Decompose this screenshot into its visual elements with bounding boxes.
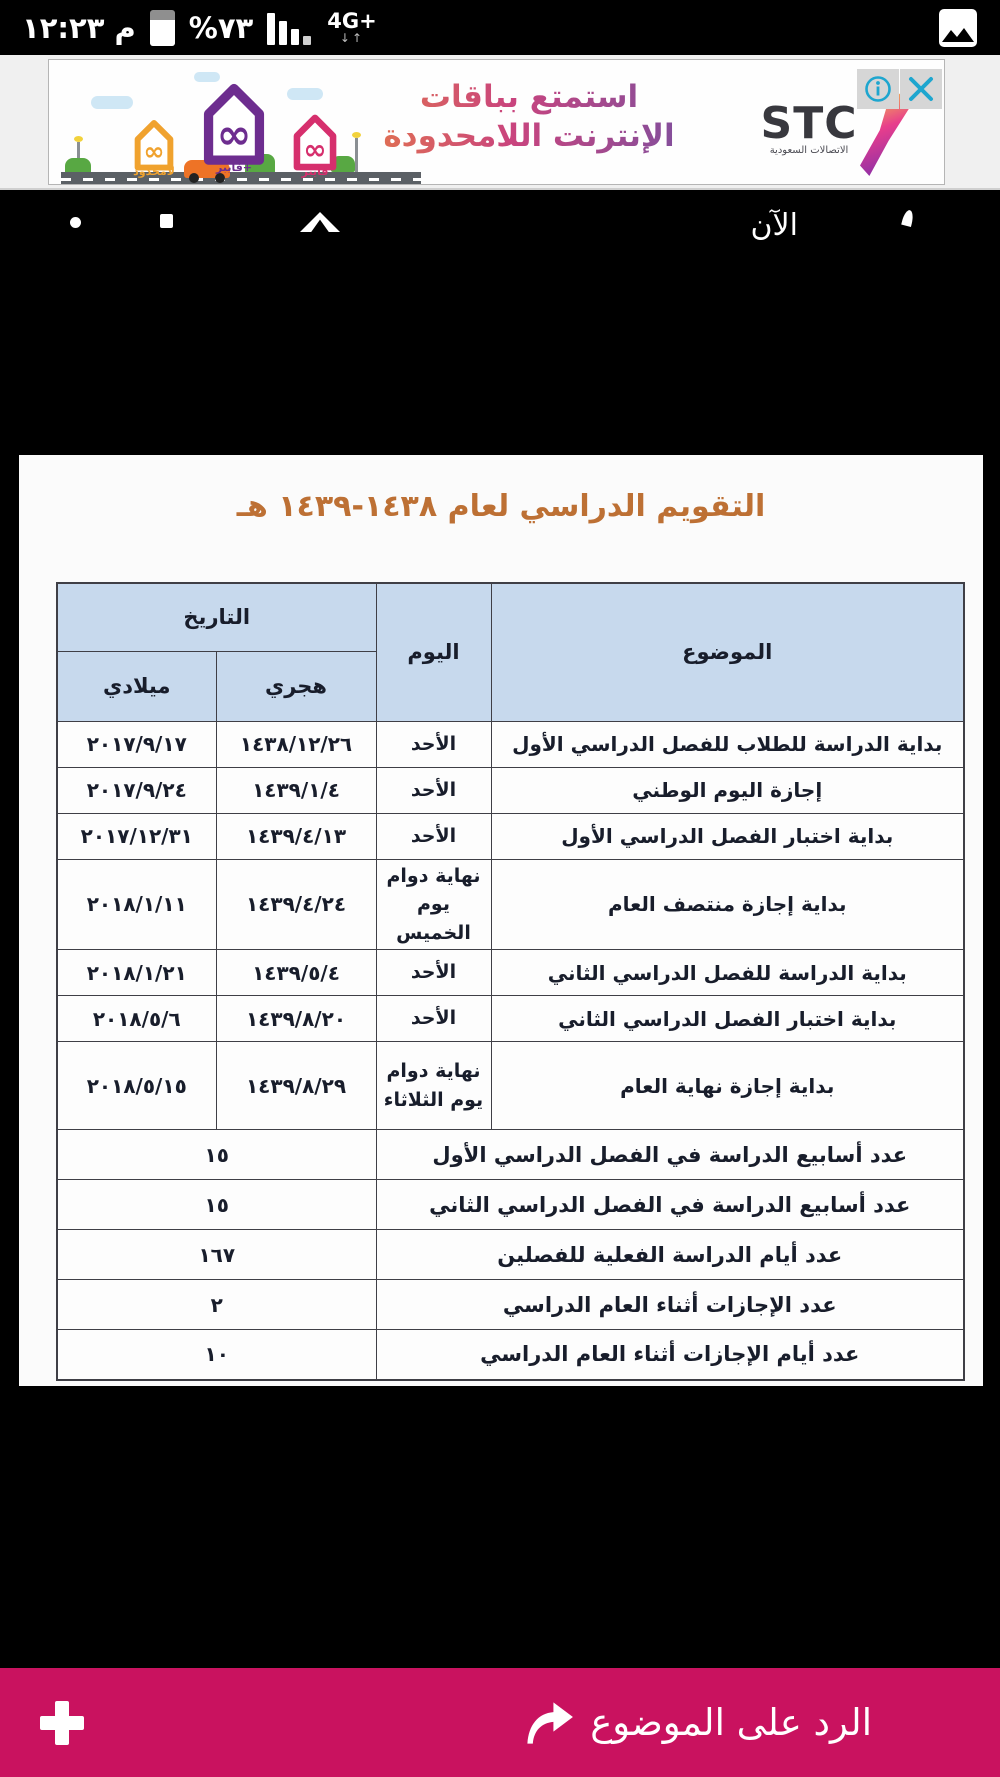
svg-text:∞: ∞ (143, 137, 164, 166)
ad-headline-line1: استمتع بباقات (364, 78, 694, 117)
summary-row: عدد أيام الإجازات أثناء العام الدراسي ١٠ (57, 1330, 964, 1380)
table-row: بداية اختبار الفصل الدراسي الثاني الأحد … (57, 996, 964, 1042)
house-label: لامحدود (133, 165, 175, 178)
summary-value-cell: ١٥ (57, 1130, 376, 1180)
day-cell: الأحد (376, 996, 491, 1042)
svg-text:∞: ∞ (217, 110, 252, 159)
hijri-date-cell: ١٤٣٩/٨/٢٩ (216, 1042, 376, 1130)
stc-logo: STC الاتصالات السعودية (714, 104, 904, 156)
house-label: فايبر (302, 165, 329, 178)
add-button[interactable] (40, 1701, 84, 1745)
summary-value-cell: ٢ (57, 1280, 376, 1330)
day-cell: الأحد (376, 767, 491, 813)
table-row: بداية اختبار الفصل الدراسي الأول الأحد ١… (57, 813, 964, 859)
summary-value-cell: ١٠ (57, 1330, 376, 1380)
screenshot-notification-icon (938, 8, 978, 48)
day-cell: نهاية دوام يوم الثلاثاء (376, 1042, 491, 1130)
hijri-date-cell: ١٤٣٩/٨/٢٠ (216, 996, 376, 1042)
house-orange-icon: ∞ لامحدود (127, 114, 181, 176)
table-row: بداية إجازة منتصف العام نهاية دوام يوم ا… (57, 859, 964, 950)
hijri-date-cell: ١٤٣٨/١٢/٢٦ (216, 721, 376, 767)
gregorian-date-cell: ٢٠١٧/٩/١٧ (57, 721, 216, 767)
gregorian-date-cell: ٢٠١٧/١٢/٣١ (57, 813, 216, 859)
reply-arrow-icon (522, 1701, 574, 1745)
summary-label-cell: عدد أيام الدراسة الفعلية للفصلين (376, 1230, 964, 1280)
status-left-cluster: م ١٢:٢٣ %٧٣ 4G+ ↓↑ (22, 10, 377, 46)
clock-label: م ١٢:٢٣ (22, 11, 136, 45)
data-activity-arrows-icon: ↓↑ (340, 32, 364, 44)
day-cell: الأحد (376, 721, 491, 767)
ad-close-icon[interactable] (900, 69, 942, 109)
summary-label-cell: عدد أسابيع الدراسة في الفصل الدراسي الأو… (376, 1130, 964, 1180)
col-header-subject: الموضوع (491, 583, 964, 721)
house-pink-icon: ∞ فايبر (285, 108, 345, 176)
col-header-hijri: هجري (216, 651, 376, 721)
battery-icon (150, 10, 175, 46)
ad-content-box[interactable]: ∞ لامحدود ∞ فايبر+ ∞ فايبر استم (48, 59, 945, 185)
cloud-icon (287, 88, 323, 100)
col-header-gregorian: ميلادي (57, 651, 216, 721)
day-cell: الأحد (376, 813, 491, 859)
subject-cell: بداية الدراسة للطلاب للفصل الدراسي الأول (491, 721, 964, 767)
reply-to-topic-button[interactable]: الرد على الموضوع (522, 1668, 872, 1777)
calendar-panel: التقويم الدراسي لعام ١٤٣٨-١٤٣٩ هـ الموضو… (19, 455, 983, 1386)
gregorian-date-cell: ٢٠١٨/١/٢١ (57, 950, 216, 996)
cutoff-fragment (901, 209, 915, 227)
table-row: بداية إجازة نهاية العام نهاية دوام يوم ا… (57, 1042, 964, 1130)
hijri-date-cell: ١٤٣٩/٥/٤ (216, 950, 376, 996)
day-cell: الأحد (376, 950, 491, 996)
table-row: بداية الدراسة للفصل الدراسي الثاني الأحد… (57, 950, 964, 996)
table-row: بداية الدراسة للطلاب للفصل الدراسي الأول… (57, 721, 964, 767)
network-type-label: 4G+ ↓↑ (327, 11, 376, 44)
gregorian-date-cell: ٢٠١٨/٥/٦ (57, 996, 216, 1042)
gregorian-date-cell: ٢٠١٧/٩/٢٤ (57, 767, 216, 813)
day-cell: نهاية دوام يوم الخميس (376, 859, 491, 950)
summary-row: عدد الإجازات أثناء العام الدراسي ٢ (57, 1280, 964, 1330)
gregorian-date-cell: ٢٠١٨/١/١١ (57, 859, 216, 950)
summary-row: عدد أسابيع الدراسة في الفصل الدراسي الثا… (57, 1180, 964, 1230)
now-label: الآن (751, 208, 798, 243)
summary-value-cell: ١٦٧ (57, 1230, 376, 1280)
subject-cell: بداية اختبار الفصل الدراسي الأول (491, 813, 964, 859)
house-purple-icon: ∞ فايبر+ (197, 76, 271, 172)
cloud-icon (91, 96, 133, 109)
reply-bar: الرد على الموضوع (0, 1668, 1000, 1777)
ad-headline: استمتع بباقات الإنترنت اللامحدودة (364, 78, 694, 156)
ad-info-icon[interactable] (857, 69, 899, 109)
calendar-title: التقويم الدراسي لعام ١٤٣٨-١٤٣٩ هـ (19, 489, 983, 524)
summary-row: عدد أيام الدراسة الفعلية للفصلين ١٦٧ (57, 1230, 964, 1280)
house-label: فايبر+ (216, 161, 252, 174)
summary-value-cell: ١٥ (57, 1180, 376, 1230)
svg-text:∞: ∞ (303, 133, 326, 166)
subject-cell: إجازة اليوم الوطني (491, 767, 964, 813)
summary-label-cell: عدد الإجازات أثناء العام الدراسي (376, 1280, 964, 1330)
col-header-day: اليوم (376, 583, 491, 721)
subject-cell: بداية اختبار الفصل الدراسي الثاني (491, 996, 964, 1042)
calendar-table: الموضوع اليوم التاريخ هجري ميلادي بداية … (56, 582, 965, 1381)
signal-bars-icon (267, 11, 311, 45)
summary-row: عدد أسابيع الدراسة في الفصل الدراسي الأو… (57, 1130, 964, 1180)
col-header-date-group: التاريخ (57, 583, 376, 651)
table-header-row: الموضوع اليوم التاريخ (57, 583, 964, 651)
hijri-date-cell: ١٤٣٩/٤/٢٤ (216, 859, 376, 950)
stc-wordmark: STC (714, 104, 904, 144)
reply-label: الرد على الموضوع (590, 1701, 872, 1744)
phone-screen: م ١٢:٢٣ %٧٣ 4G+ ↓↑ (0, 0, 1000, 1777)
battery-percent-label: %٧٣ (189, 11, 253, 45)
subject-cell: بداية الدراسة للفصل الدراسي الثاني (491, 950, 964, 996)
subject-cell: بداية إجازة منتصف العام (491, 859, 964, 950)
summary-label-cell: عدد أيام الإجازات أثناء العام الدراسي (376, 1330, 964, 1380)
street-lamp-icon (355, 138, 358, 174)
subject-cell: بداية إجازة نهاية العام (491, 1042, 964, 1130)
chevron-up-icon (300, 212, 340, 232)
ad-banner[interactable]: ∞ لامحدود ∞ فايبر+ ∞ فايبر استم (0, 55, 1000, 190)
summary-label-cell: عدد أسابيع الدراسة في الفصل الدراسي الثا… (376, 1180, 964, 1230)
cutoff-fragment (160, 214, 173, 228)
hijri-date-cell: ١٤٣٩/٤/١٣ (216, 813, 376, 859)
table-row: إجازة اليوم الوطني الأحد ١٤٣٩/١/٤ ٢٠١٧/٩… (57, 767, 964, 813)
ad-headline-line2: الإنترنت اللامحدودة (364, 117, 694, 156)
cutoff-fragment (70, 217, 81, 228)
gregorian-date-cell: ٢٠١٨/٥/١٥ (57, 1042, 216, 1130)
hijri-date-cell: ١٤٣٩/١/٤ (216, 767, 376, 813)
status-bar: م ١٢:٢٣ %٧٣ 4G+ ↓↑ (0, 0, 1000, 55)
